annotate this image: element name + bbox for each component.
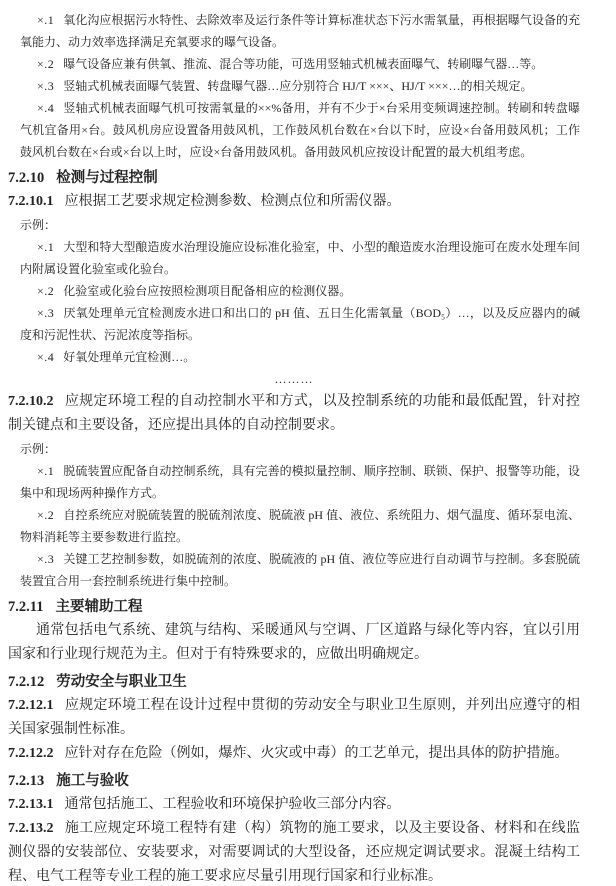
clause-7-2-10-2: 7.2.10.2应规定环境工程的自动控制水平和方式，以及控制系统的功能和最低配置… [8,390,580,438]
clause-7-2-10-1: 7.2.10.1应根据工艺要求规定检测参数、检测点位和所需仪器。 [8,190,580,214]
example-item-label: ×.1 [37,13,54,27]
clause-text: 应规定环境工程的自动控制水平和方式，以及控制系统的功能和最低配置，针对控制关键点… [8,394,580,433]
example-item-text: 关键工艺控制参数，如脱硫剂的浓度、脱硫液的 pH 值、液位等应进行自动调节与控制… [20,552,580,588]
section-number: 7.2.10 [8,170,44,186]
example-item-text: 化验室或化验台应按照检测项目配备相应的检测仪器。 [63,284,351,298]
clause-number: 7.2.13.2 [8,821,54,836]
clause-text: 通常包括施工、工程验收和环境保护验收三部分内容。 [65,797,401,812]
clause-text: 应针对存在危险（例如，爆炸、火灾或中毒）的工艺单元，提出具体的防护措施。 [65,746,569,761]
example-item-text: 竖轴式机械表面曝气装置、转盘曝气器…应分别符合 HJ/T ×××、HJ/T ××… [63,79,532,93]
clause-7-2-12-2: 7.2.12.2应针对存在危险（例如，爆炸、火灾或中毒）的工艺单元，提出具体的防… [8,742,580,766]
example-item-label: ×.2 [37,284,54,298]
example-item-label: ×.2 [37,57,54,71]
example-item-text: 竖轴式机械表面曝气机可按需氧量的××%备用，并有不少于×台采用变频调速控制。转刷… [20,101,580,159]
clause-text: 施工应规定环境工程特有建（构）筑物的施工要求，以及主要设备、材料和在线监测仪器的… [8,821,580,884]
example-item: ×.2自控系统应对脱硫装置的脱硫剂浓度、脱硫液 pH 值、液位、系统阻力、烟气温… [20,504,580,548]
clause-text: 应根据工艺要求规定检测参数、检测点位和所需仪器。 [65,194,401,209]
example-item-text: 厌氧处理单元宜检测废水进口和出口的 pH 值、五日生化需氧量（BOD₅）…，以及… [20,306,580,342]
example-item-label: ×.2 [37,508,54,522]
clause-number: 7.2.10.2 [8,394,54,409]
section-title: 劳动安全与职业卫生 [56,674,187,690]
section-heading-7-2-12: 7.2.12劳动安全与职业卫生 [8,670,580,694]
example-item-label: ×.3 [37,552,54,566]
example-item: ×.1脱硫装置应配备自动控制系统，具有完善的模拟量控制、顺序控制、联锁、保护、报… [20,460,580,504]
section-heading-7-2-11: 7.2.11主要辅助工程 [8,595,580,619]
clause-number: 7.2.10.1 [8,194,54,209]
example-item: ×.2曝气设备应兼有供氧、推流、混合等功能，可选用竖轴式机械表面曝气、转刷曝气器… [20,53,580,75]
section-title: 检测与过程控制 [56,170,158,186]
example-item: ×.4好氧处理单元宜检测…。 [20,346,580,368]
section-title: 主要辅助工程 [55,599,142,615]
example-item: ×.4竖轴式机械表面曝气机可按需氧量的××%备用，并有不少于×台采用变频调速控制… [20,97,580,163]
section-number: 7.2.11 [8,599,43,615]
clause-number: 7.2.13.1 [8,797,54,812]
example-item-label: ×.3 [37,79,54,93]
section-number: 7.2.13 [8,773,44,789]
example-item-text: 氧化沟应根据污水特性、去除效率及运行条件等计算标准状态下污水需氧量，再根据曝气设… [20,13,580,49]
example-item-label: ×.1 [37,240,54,254]
example-item: ×.3厌氧处理单元宜检测废水进口和出口的 pH 值、五日生化需氧量（BOD₅）…… [20,302,580,346]
ellipsis-divider: ……… [8,368,580,390]
example-item-text: 脱硫装置应配备自动控制系统，具有完善的模拟量控制、顺序控制、联锁、保护、报警等功… [20,464,580,500]
example-block-label: 示例： [20,214,580,236]
clause-text: 应规定环境工程在设计过程中贯彻的劳动安全与职业卫生原则，并列出应遵守的相关国家强… [8,698,580,737]
clause-7-2-13-2: 7.2.13.2施工应规定环境工程特有建（构）筑物的施工要求，以及主要设备、材料… [8,817,580,886]
clause-number: 7.2.12.2 [8,746,54,761]
document-page: ×.1氧化沟应根据污水特性、去除效率及运行条件等计算标准状态下污水需氧量，再根据… [0,0,616,886]
example-item: ×.1氧化沟应根据污水特性、去除效率及运行条件等计算标准状态下污水需氧量，再根据… [20,9,580,53]
example-item-label: ×.3 [37,306,54,320]
example-item-text: 自控系统应对脱硫装置的脱硫剂浓度、脱硫液 pH 值、液位、系统阻力、烟气温度、循… [20,508,580,544]
example-item-label: ×.1 [37,464,54,478]
example-item-text: 大型和特大型酿造废水治理设施应设标准化验室，中、小型的酿造废水治理设施可在废水处… [20,240,580,276]
example-block-label: 示例： [20,438,580,460]
example-item: ×.3竖轴式机械表面曝气装置、转盘曝气器…应分别符合 HJ/T ×××、HJ/T… [20,75,580,97]
example-item-text: 曝气设备应兼有供氧、推流、混合等功能，可选用竖轴式机械表面曝气、转刷曝气器…等。 [63,57,543,71]
example-item: ×.3关键工艺控制参数，如脱硫剂的浓度、脱硫液的 pH 值、液位等应进行自动调节… [20,548,580,592]
section-number: 7.2.12 [8,674,44,690]
example-item-label: ×.4 [37,101,54,115]
example-item: ×.2化验室或化验台应按照检测项目配备相应的检测仪器。 [20,280,580,302]
clause-7-2-13-1: 7.2.13.1通常包括施工、工程验收和环境保护验收三部分内容。 [8,793,580,817]
example-item: ×.1大型和特大型酿造废水治理设施应设标准化验室，中、小型的酿造废水治理设施可在… [20,236,580,280]
clause-number: 7.2.12.1 [8,698,54,713]
example-item-text: 好氧处理单元宜检测…。 [63,350,195,364]
section-heading-7-2-10: 7.2.10检测与过程控制 [8,166,580,190]
paragraph-7-2-11: 通常包括电气系统、建筑与结构、采暖通风与空调、厂区道路与绿化等内容，宜以引用国家… [8,619,580,667]
clause-7-2-12-1: 7.2.12.1应规定环境工程在设计过程中贯彻的劳动安全与职业卫生原则，并列出应… [8,694,580,742]
section-title: 施工与验收 [56,773,129,789]
section-heading-7-2-13: 7.2.13施工与验收 [8,769,580,793]
example-item-label: ×.4 [37,350,54,364]
